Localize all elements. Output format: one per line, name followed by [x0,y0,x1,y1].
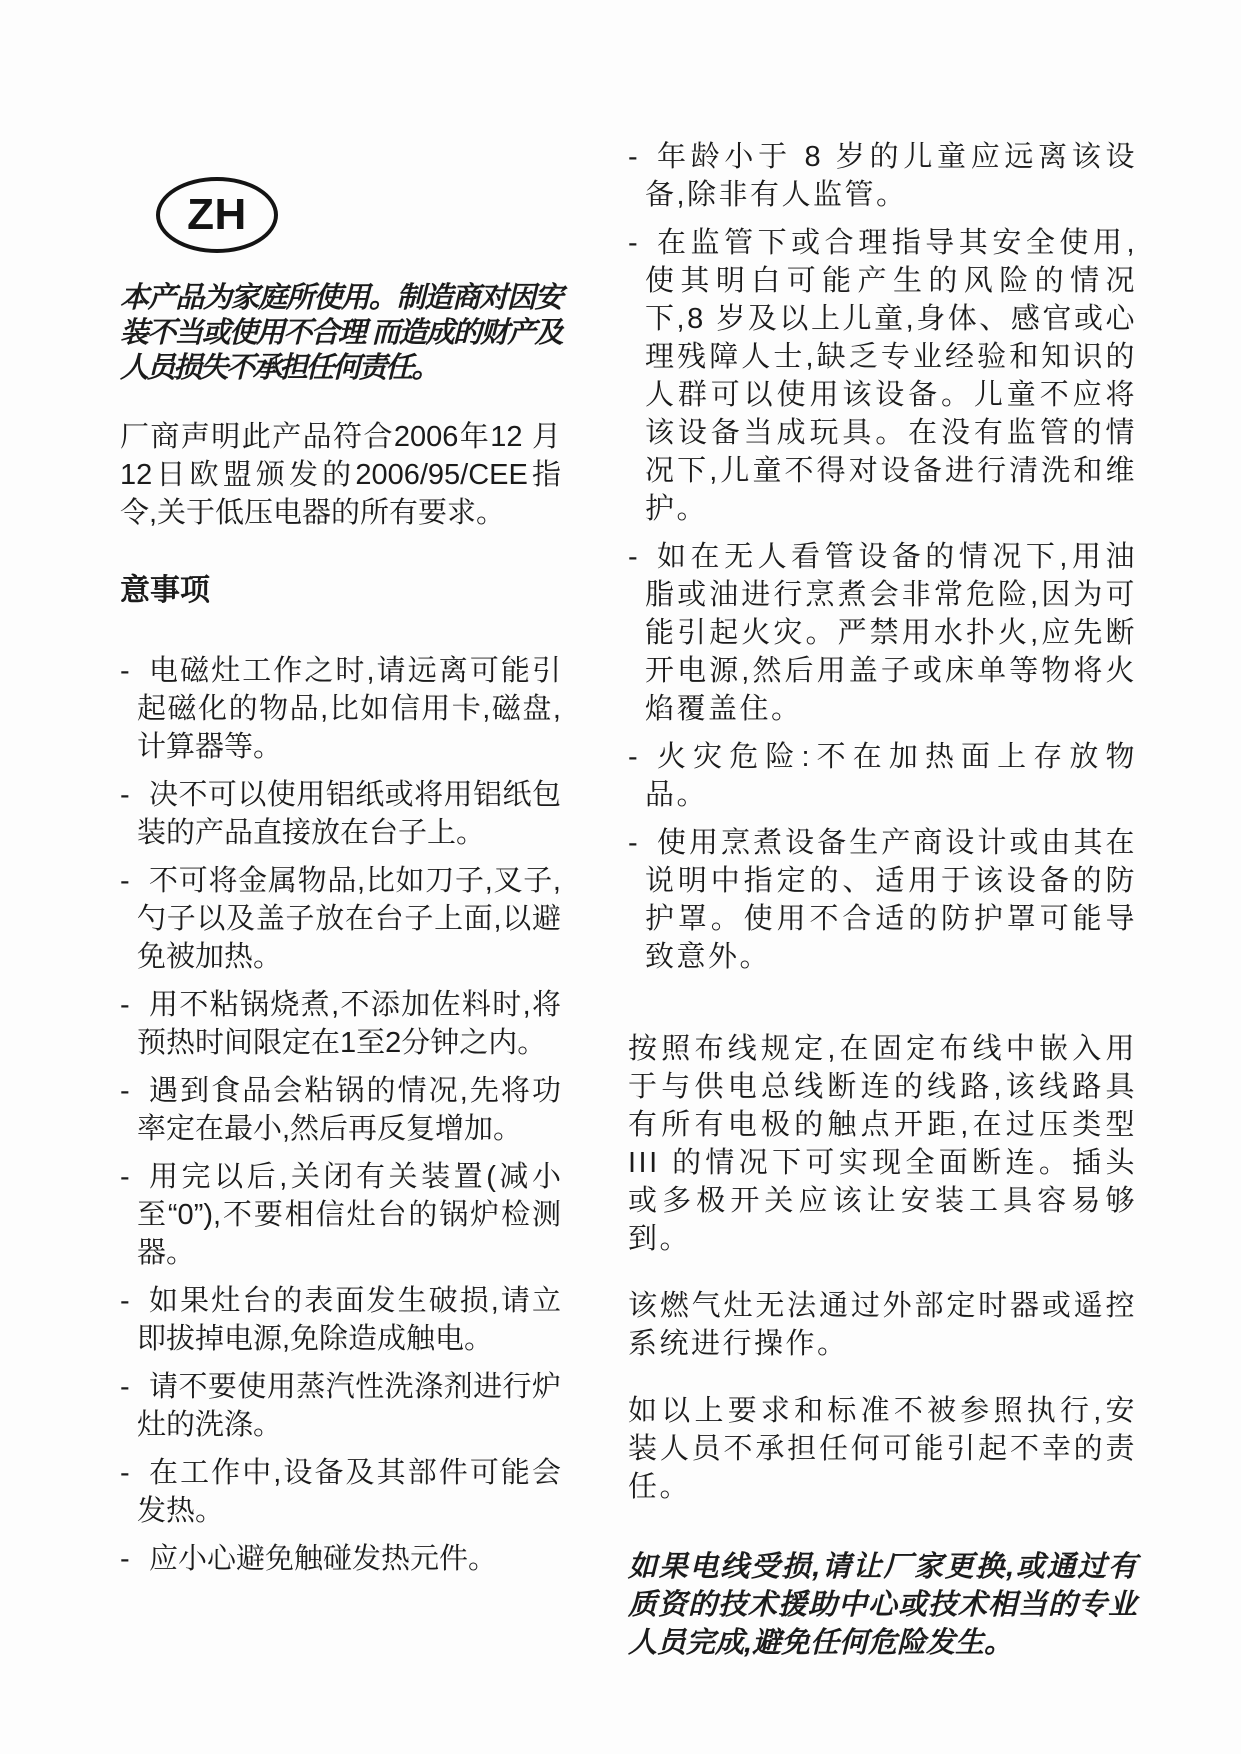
precaution-item: - 遇到食品会粘锅的情况,先将功率定在最小,然后再反复增加。 [120,1072,561,1148]
precaution-item: - 电磁灶工作之时,请远离可能引起磁化的物品,比如信用卡,磁盘,计算器等。 [120,652,561,766]
installer-liability-paragraph: 如以上要求和标准不被参照执行,安装人员不承担任何可能引起不幸的责任。 [628,1392,1137,1506]
bullet-dash: - [628,138,645,214]
language-code-label: ZH [187,190,247,240]
external-timer-paragraph: 该燃气灶无法通过外部定时器或遥控系统进行操作。 [628,1287,1137,1363]
precaution-item: - 用不粘锅烧煮,不添加佐料时,将预热时间限定在1至2分钟之内。 [120,986,561,1062]
precaution-item: - 用完以后,关闭有关装置(减小至“0”),不要相信灶台的锅炉检测器。 [120,1158,561,1272]
precaution-text: 在工作中,设备及其部件可能会发热。 [137,1454,561,1530]
safety-note-item: - 如在无人看管设备的情况下,用油脂或油进行烹煮会非常危险,因为可能引起火灾。严… [628,538,1137,728]
precaution-item: - 在工作中,设备及其部件可能会发热。 [120,1454,561,1530]
precaution-text: 如果灶台的表面发生破损,请立即拔掉电源,免除造成触电。 [137,1282,561,1358]
precaution-text: 不可将金属物品,比如刀子,叉子,勺子以及盖子放在台子上面,以避免被加热。 [137,862,561,976]
safety-note-item: - 使用烹煮设备生产商设计或由其在说明中指定的、适用于该设备的防护罩。使用不合适… [628,824,1137,976]
precautions-list: - 电磁灶工作之时,请远离可能引起磁化的物品,比如信用卡,磁盘,计算器等。 - … [120,652,561,1578]
compliance-statement: 厂商声明此产品符合2006年12 月12日欧盟颁发的2006/95/CEE指 令… [120,418,561,532]
safety-note-text: 在监管下或合理指导其安全使用,使其明白可能产生的风险的情况下,8 岁及以上儿童,… [645,224,1137,528]
bullet-dash: - [628,738,645,814]
bullet-dash: - [628,224,645,528]
safety-note-item: - 年龄小于 8 岁的儿童应远离该设备,除非有人监管。 [628,138,1137,214]
precautions-heading: 意事项 [120,572,561,610]
safety-note-text: 使用烹煮设备生产商设计或由其在说明中指定的、适用于该设备的防护罩。使用不合适的防… [645,824,1137,976]
bullet-dash: - [120,1282,137,1358]
right-column: - 年龄小于 8 岁的儿童应远离该设备,除非有人监管。 - 在监管下或合理指导其… [628,138,1137,1691]
precaution-item: - 不可将金属物品,比如刀子,叉子,勺子以及盖子放在台子上面,以避免被加热。 [120,862,561,976]
bullet-dash: - [120,1540,137,1578]
power-cord-warning: 如果电线受损,请让厂家更换,或通过有质资的技术援助中心或技术相当的专业人员完成,… [628,1548,1137,1662]
safety-note-text: 年龄小于 8 岁的儿童应远离该设备,除非有人监管。 [645,138,1137,214]
precaution-text: 电磁灶工作之时,请远离可能引起磁化的物品,比如信用卡,磁盘,计算器等。 [137,652,561,766]
safety-note-item: - 火灾危险:不在加热面上存放物品。 [628,738,1137,814]
bullet-dash: - [120,1368,137,1444]
bullet-dash: - [120,986,137,1062]
bullet-dash: - [628,538,645,728]
precaution-text: 应小心避免触碰发热元件。 [137,1540,561,1578]
bullet-dash: - [120,652,137,766]
precaution-text: 请不要使用蒸汽性洗涤剂进行炉灶的洗涤。 [137,1368,561,1444]
safety-notes-list: - 年龄小于 8 岁的儿童应远离该设备,除非有人监管。 - 在监管下或合理指导其… [628,138,1137,976]
precaution-item: - 应小心避免触碰发热元件。 [120,1540,561,1578]
household-use-disclaimer: 本产品为家庭所使用。制造商对因安装不当或使用不合理 而造成的财产及人员损失不承担… [120,281,561,386]
precaution-text: 用完以后,关闭有关装置(减小至“0”),不要相信灶台的锅炉检测器。 [137,1158,561,1272]
bullet-dash: - [120,862,137,976]
precaution-item: - 如果灶台的表面发生破损,请立即拔掉电源,免除造成触电。 [120,1282,561,1358]
wiring-regulation-paragraph: 按照布线规定,在固定布线中嵌入用于与供电总线断连的线路,该线路具有所有电极的触点… [628,1030,1137,1258]
manual-page: ZH 本产品为家庭所使用。制造商对因安装不当或使用不合理 而造成的财产及人员损失… [0,0,1241,1754]
bullet-dash: - [120,776,137,852]
bullet-dash: - [120,1072,137,1148]
left-column: ZH 本产品为家庭所使用。制造商对因安装不当或使用不合理 而造成的财产及人员损失… [120,177,561,1588]
safety-note-text: 如在无人看管设备的情况下,用油脂或油进行烹煮会非常危险,因为可能引起火灾。严禁用… [645,538,1137,728]
safety-note-item: - 在监管下或合理指导其安全使用,使其明白可能产生的风险的情况下,8 岁及以上儿… [628,224,1137,528]
precaution-text: 遇到食品会粘锅的情况,先将功率定在最小,然后再反复增加。 [137,1072,561,1148]
language-badge: ZH [156,177,278,253]
bullet-dash: - [120,1454,137,1530]
bullet-dash: - [628,824,645,976]
safety-note-text: 火灾危险:不在加热面上存放物品。 [645,738,1137,814]
precaution-item: - 请不要使用蒸汽性洗涤剂进行炉灶的洗涤。 [120,1368,561,1444]
precaution-text: 决不可以使用铝纸或将用铝纸包装的产品直接放在台子上。 [137,776,561,852]
precaution-text: 用不粘锅烧煮,不添加佐料时,将预热时间限定在1至2分钟之内。 [137,986,561,1062]
precaution-item: - 决不可以使用铝纸或将用铝纸包装的产品直接放在台子上。 [120,776,561,852]
bullet-dash: - [120,1158,137,1272]
